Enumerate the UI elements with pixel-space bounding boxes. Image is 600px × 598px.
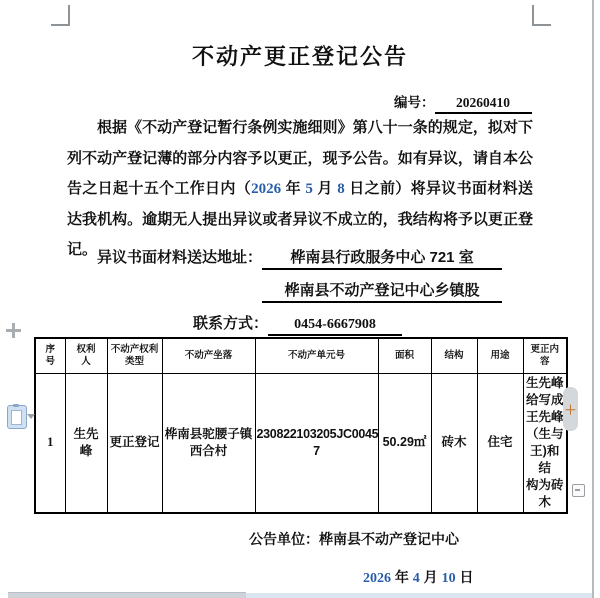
window-right-edge xyxy=(592,0,594,598)
table-header-row: 序 号 权利 人 不动产权利类型 不动产坐落 不动产单元号 面积 结构 用途 更… xyxy=(35,338,567,373)
header-owner: 权利 人 xyxy=(65,338,107,373)
horizontal-scrollbar-track xyxy=(246,593,592,598)
doc-number-value: 20260410 xyxy=(435,95,532,114)
header-location: 不动产坐落 xyxy=(162,338,255,373)
header-unit-no: 不动产单元号 xyxy=(255,338,378,373)
contact-label: 联系方式： xyxy=(193,315,268,332)
header-usage: 用途 xyxy=(477,338,523,373)
year-unit: 年 xyxy=(281,180,305,197)
table-resize-handle[interactable] xyxy=(572,484,585,497)
cell-seq: 1 xyxy=(35,373,65,513)
address-line-2: 桦南县不动产登记中心乡镇股 xyxy=(67,279,547,312)
doc-number-label: 编号： xyxy=(394,95,435,110)
address-value-1: 桦南县行政服务中心 721 室 xyxy=(262,246,502,270)
registration-table: 序 号 权利 人 不动产权利类型 不动产坐落 不动产单元号 面积 结构 用途 更… xyxy=(34,337,568,514)
cell-unit-no: 230822103205JC0045 7 xyxy=(255,373,378,513)
insert-column-button[interactable]: ＋ xyxy=(563,387,578,431)
date-month: 4 xyxy=(413,571,420,586)
address-block: 异议书面材料送达地址：桦南县行政服务中心 721 室 桦南县不动产登记中心乡镇股… xyxy=(67,246,547,345)
document-page: 不动产更正登记公告 编号：20260410 根据《不动产登记暂行条例实施细则》第… xyxy=(0,0,600,598)
deadline-day: 8 xyxy=(337,181,345,197)
page-title: 不动产更正登记公告 xyxy=(0,40,600,71)
deadline-month: 5 xyxy=(305,181,313,197)
date-day-unit: 日 xyxy=(456,569,474,585)
clipboard-sheet-icon xyxy=(11,410,22,425)
cell-location: 桦南县驼腰子镇 西合村 xyxy=(162,373,255,513)
cell-area: 50.29㎡ xyxy=(378,373,431,513)
clipboard-clip-icon xyxy=(13,404,19,407)
doc-number-line: 编号：20260410 xyxy=(394,91,532,114)
cell-owner: 生先 峰 xyxy=(65,373,107,513)
margin-crop-mark-top-right xyxy=(532,5,551,26)
plus-icon: ＋ xyxy=(564,401,576,418)
table-move-handle-icon[interactable] xyxy=(6,323,21,338)
date-month-unit: 月 xyxy=(420,569,442,585)
address-label: 异议书面材料送达地址： xyxy=(97,249,262,266)
announcing-unit-line: 公告单位：桦南县不动产登记中心 xyxy=(249,529,459,549)
header-correction: 更正内 容 xyxy=(523,338,567,373)
cell-usage: 住宅 xyxy=(477,373,523,513)
header-seq: 序 号 xyxy=(35,338,65,373)
deadline-year: 2026 xyxy=(251,181,281,197)
header-right-type: 不动产权利类型 xyxy=(107,338,162,373)
margin-crop-mark-top-left xyxy=(51,5,70,26)
header-area: 面积 xyxy=(378,338,431,373)
cell-structure: 砖木 xyxy=(431,373,477,513)
date-year-unit: 年 xyxy=(391,569,413,585)
notice-paragraph: 根据《不动产登记暂行条例实施细则》第八十一条的规定，拟对下列不动产登记薄的部分内… xyxy=(67,113,533,266)
announcement-date: 2026 年 4 月 10 日 xyxy=(363,567,473,587)
paste-options-icon[interactable] xyxy=(7,405,27,429)
header-structure: 结构 xyxy=(431,338,477,373)
cell-correction: 生先峰 给写成 王先峰 （生与 王)和结 构为砖 木 xyxy=(523,373,567,513)
contact-phone: 0454-6667908 xyxy=(268,317,402,336)
horizontal-scrollbar-thumb[interactable] xyxy=(8,592,246,598)
address-value-2: 桦南县不动产登记中心乡镇股 xyxy=(262,279,502,303)
month-unit: 月 xyxy=(313,180,337,197)
paste-options-chevron-down-icon[interactable] xyxy=(27,414,35,419)
address-line-1: 异议书面材料送达地址：桦南县行政服务中心 721 室 xyxy=(67,246,547,279)
date-day: 10 xyxy=(442,571,456,586)
table-row: 1 生先 峰 更正登记 桦南县驼腰子镇 西合村 230822103205JC00… xyxy=(35,373,567,513)
date-year: 2026 xyxy=(363,571,391,586)
cell-reg-type: 更正登记 xyxy=(107,373,162,513)
